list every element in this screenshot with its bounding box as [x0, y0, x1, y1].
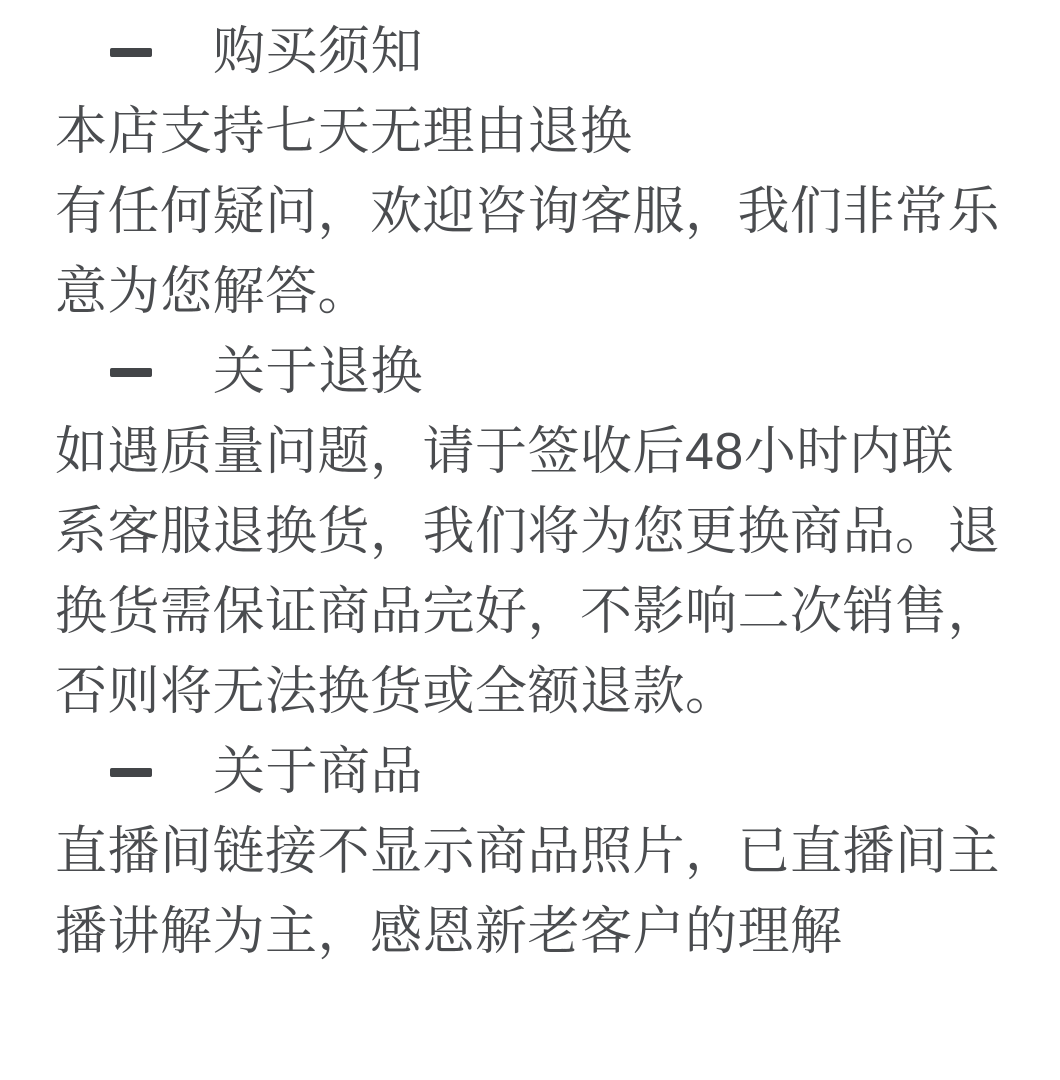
notice-line: 播讲解为主，感恩新老客户的理解: [55, 892, 1008, 972]
section-heading: 关于退换: [110, 332, 1008, 412]
section-heading-label: 关于商品: [213, 732, 423, 812]
section-heading: 关于商品: [110, 732, 1008, 812]
notice-line: 意为您解答。: [55, 252, 1008, 332]
notice-line: 系客服退换货，我们将为您更换商品。退: [55, 492, 1008, 572]
notice-line: 换货需保证商品完好，不影响二次销售，: [55, 572, 1008, 652]
notice-line: 本店支持七天无理由退换: [55, 92, 1008, 172]
notice-section-purchase-info: 购买须知 本店支持七天无理由退换 有任何疑问，欢迎咨询客服，我们非常乐 意为您解…: [55, 12, 1008, 332]
notice-line: 直播间链接不显示商品照片，已直播间主: [55, 812, 1008, 892]
notice-line: 否则将无法换货或全额退款。: [55, 652, 1008, 732]
notice-section-returns: 关于退换 如遇质量问题，请于签收后48小时内联 系客服退换货，我们将为您更换商品…: [55, 332, 1008, 732]
section-heading: 购买须知: [110, 12, 1008, 92]
section-dash-icon: [110, 768, 152, 777]
notice-section-products: 关于商品 直播间链接不显示商品照片，已直播间主 播讲解为主，感恩新老客户的理解: [55, 732, 1008, 972]
notice-line: 有任何疑问，欢迎咨询客服，我们非常乐: [55, 172, 1008, 252]
section-dash-icon: [110, 368, 152, 377]
purchase-notice-page: 购买须知 本店支持七天无理由退换 有任何疑问，欢迎咨询客服，我们非常乐 意为您解…: [0, 0, 1060, 1080]
notice-line: 如遇质量问题，请于签收后48小时内联: [55, 412, 1008, 492]
section-dash-icon: [110, 48, 152, 57]
section-heading-label: 关于退换: [213, 332, 423, 412]
section-heading-label: 购买须知: [213, 12, 423, 92]
